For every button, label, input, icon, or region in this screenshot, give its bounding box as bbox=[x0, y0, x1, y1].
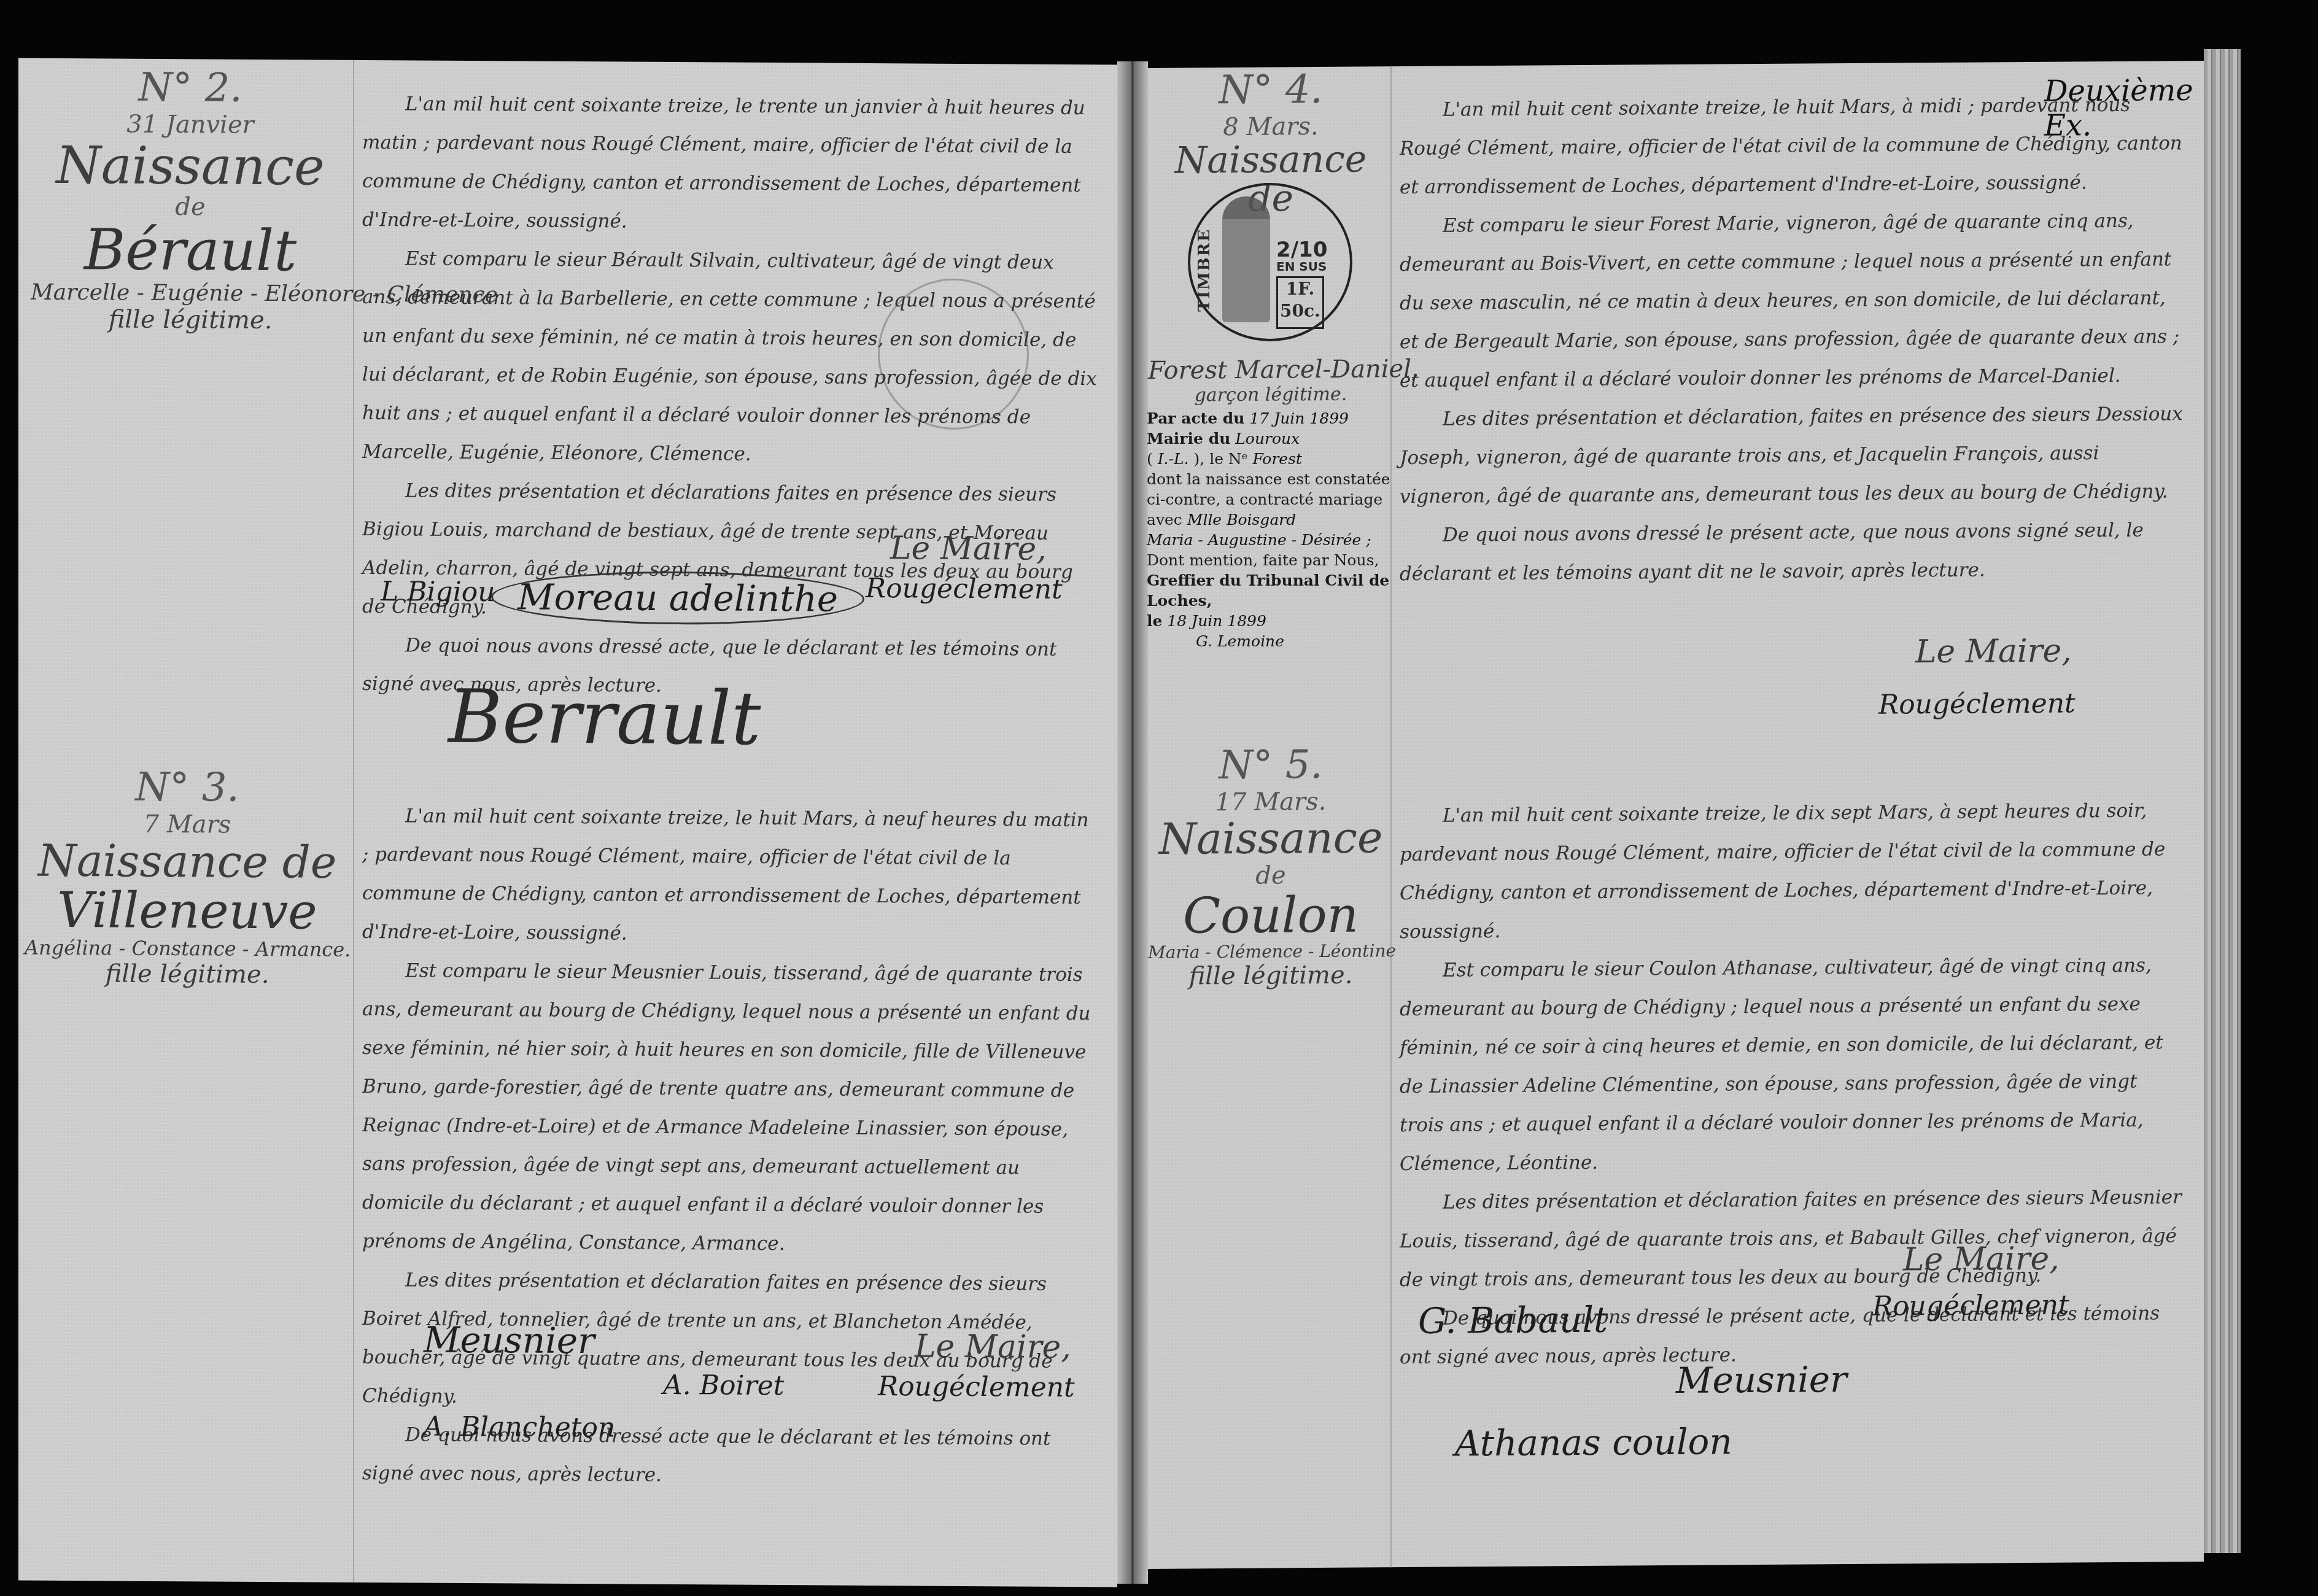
witness-signature: Moreau adelinthe bbox=[491, 570, 864, 626]
acte-paragraph: Est comparu le sieur Bérault Silvain, cu… bbox=[362, 239, 1099, 476]
mention-date: 17 Juin 1899 bbox=[1249, 409, 1349, 427]
acte-paragraph: L'an mil huit cent soixante treize, le h… bbox=[362, 797, 1099, 956]
child-given-names: Marcelle - Eugénie - Eléonore - Clémence bbox=[31, 279, 350, 306]
mention-line: dont la naissance est constatée bbox=[1147, 469, 1392, 489]
stamp-label: TIMBRE bbox=[1195, 228, 1214, 312]
mention-line: Dont mention, faite par Nous, bbox=[1147, 550, 1392, 570]
acte-title: Naissance de bbox=[25, 838, 350, 886]
acte-paragraph: Les dites présentation et déclaration, f… bbox=[1400, 395, 2185, 516]
witness-signature: G. Babault bbox=[1418, 1299, 1608, 1342]
acte-number: N° 4. bbox=[1148, 66, 1394, 114]
maire-signature: Rougéclement bbox=[866, 573, 1063, 605]
mention-department: I.-L. bbox=[1158, 450, 1189, 468]
acte-4-body: L'an mil huit cent soixante treize, le h… bbox=[1400, 85, 2185, 594]
child-surname: Bérault bbox=[31, 220, 350, 282]
page-edges bbox=[2204, 49, 2241, 1553]
book-gutter bbox=[1117, 61, 1148, 1584]
mention-label: ), le Nᵉ bbox=[1193, 450, 1247, 468]
acte-3-margin: N° 3. 7 Mars Naissance de Villeneuve Ang… bbox=[25, 764, 350, 990]
stamp-en-sus: EN SUS bbox=[1276, 260, 1327, 273]
tax-stamp: TIMBRE 2/10 EN SUS 1F. 50c. bbox=[1188, 183, 1352, 341]
mention-bride-given: Maria - Augustine - Désirée ; bbox=[1147, 530, 1392, 550]
mention-line: ci-contre, a contracté mariage bbox=[1147, 489, 1392, 509]
declarant-signature: Berrault bbox=[448, 675, 761, 762]
acte-number: N° 3. bbox=[25, 764, 350, 812]
acte-paragraph: Est comparu le sieur Coulon Athanase, cu… bbox=[1400, 946, 2185, 1183]
acte-paragraph: Les dites présentation et déclaration fa… bbox=[1400, 1178, 2185, 1300]
mention-bride-title: Mlle bbox=[1187, 511, 1222, 529]
witness-signature: A. Blancheton bbox=[424, 1411, 615, 1444]
stamp-decimes: 2/10 EN SUS bbox=[1276, 239, 1327, 273]
child-surname: Coulon bbox=[1148, 889, 1394, 942]
marriage-mention: Par acte du 17 Juin 1899 Mairie du Louro… bbox=[1147, 408, 1392, 651]
witness-signature: Meusnier bbox=[1676, 1358, 1847, 1401]
acte-paragraph: Est comparu le sieur Forest Marie, vigne… bbox=[1400, 201, 2185, 400]
child-status: fille légitime. bbox=[31, 304, 350, 335]
acte-2-margin: N° 2. 31 Janvier Naissance de Bérault Ma… bbox=[31, 64, 350, 335]
stamp-price: 1F. 50c. bbox=[1276, 276, 1324, 329]
maire-label: Le Maire, bbox=[1915, 632, 2072, 670]
mention-line: Greffier du Tribunal Civil de Loches, bbox=[1147, 571, 1389, 610]
acte-paragraph: De quoi nous avons dressé le présent act… bbox=[1400, 511, 2185, 594]
mention-bride-surname: Boisgard bbox=[1227, 511, 1296, 529]
stamp-cents: 50c. bbox=[1278, 300, 1322, 322]
maire-label: Le Maire, bbox=[915, 1328, 1071, 1366]
witness-signature: L Bigiou bbox=[381, 576, 495, 608]
maire-label: Le Maire, bbox=[890, 530, 1047, 568]
child-name: Forest Marcel-Daniel, bbox=[1148, 355, 1394, 385]
maire-signature: Rougéclement bbox=[1878, 688, 2076, 720]
mention-date: 18 Juin 1899 bbox=[1167, 612, 1266, 630]
child-surname: Villeneuve bbox=[25, 884, 350, 937]
child-status: fille légitime. bbox=[25, 959, 350, 989]
maire-signature: Rougéclement bbox=[1872, 1290, 2069, 1322]
acte-title: Naissance bbox=[31, 138, 350, 194]
acte-5-margin: N° 5. 17 Mars. Naissance de Coulon Maria… bbox=[1148, 742, 1394, 990]
stamp-fraction: 2/10 bbox=[1276, 238, 1327, 262]
mention-label: Mairie du bbox=[1147, 430, 1230, 447]
witness-signature: Meusnier bbox=[424, 1319, 595, 1362]
margin-annotation: Deuxième Ex. bbox=[2044, 73, 2204, 143]
witness-signature: A. Boiret bbox=[663, 1369, 784, 1401]
acte-title: Naissance bbox=[1148, 815, 1394, 862]
mention-label: le bbox=[1147, 612, 1162, 630]
acte-paragraph: L'an mil huit cent soixante treize, le d… bbox=[1400, 791, 2185, 951]
child-given-names: Angélina - Constance - Armance. bbox=[25, 936, 350, 961]
stamp-francs: 1F. bbox=[1278, 278, 1322, 300]
justice-figure-icon bbox=[1222, 196, 1270, 322]
child-status: fille légitime. bbox=[1148, 961, 1394, 991]
declarant-signature: Athanas coulon bbox=[1455, 1420, 1732, 1464]
left-page: N° 2. 31 Janvier Naissance de Bérault Ma… bbox=[18, 58, 1117, 1587]
acte-paragraph: L'an mil huit cent soixante treize, le t… bbox=[362, 85, 1099, 244]
mention-groom: Forest bbox=[1252, 450, 1302, 468]
acte-4-child-name: Forest Marcel-Daniel, garçon légitime. bbox=[1148, 355, 1394, 406]
mention-label: Par acte du bbox=[1147, 409, 1244, 427]
mention-label: avec bbox=[1147, 511, 1182, 529]
child-status: garçon légitime. bbox=[1148, 383, 1394, 406]
acte-paragraph: Est comparu le sieur Meusnier Louis, tis… bbox=[362, 951, 1099, 1265]
acte-number: N° 2. bbox=[31, 64, 350, 112]
greffier-signature: G. Lemoine bbox=[1147, 631, 1392, 651]
acte-number: N° 5. bbox=[1148, 742, 1394, 789]
child-given-names: Maria - Clémence - Léontine bbox=[1148, 940, 1394, 963]
mention-mairie: Louroux bbox=[1235, 430, 1300, 447]
maire-signature: Rougéclement bbox=[878, 1371, 1075, 1403]
maire-label: Le Maire, bbox=[1903, 1241, 2060, 1279]
